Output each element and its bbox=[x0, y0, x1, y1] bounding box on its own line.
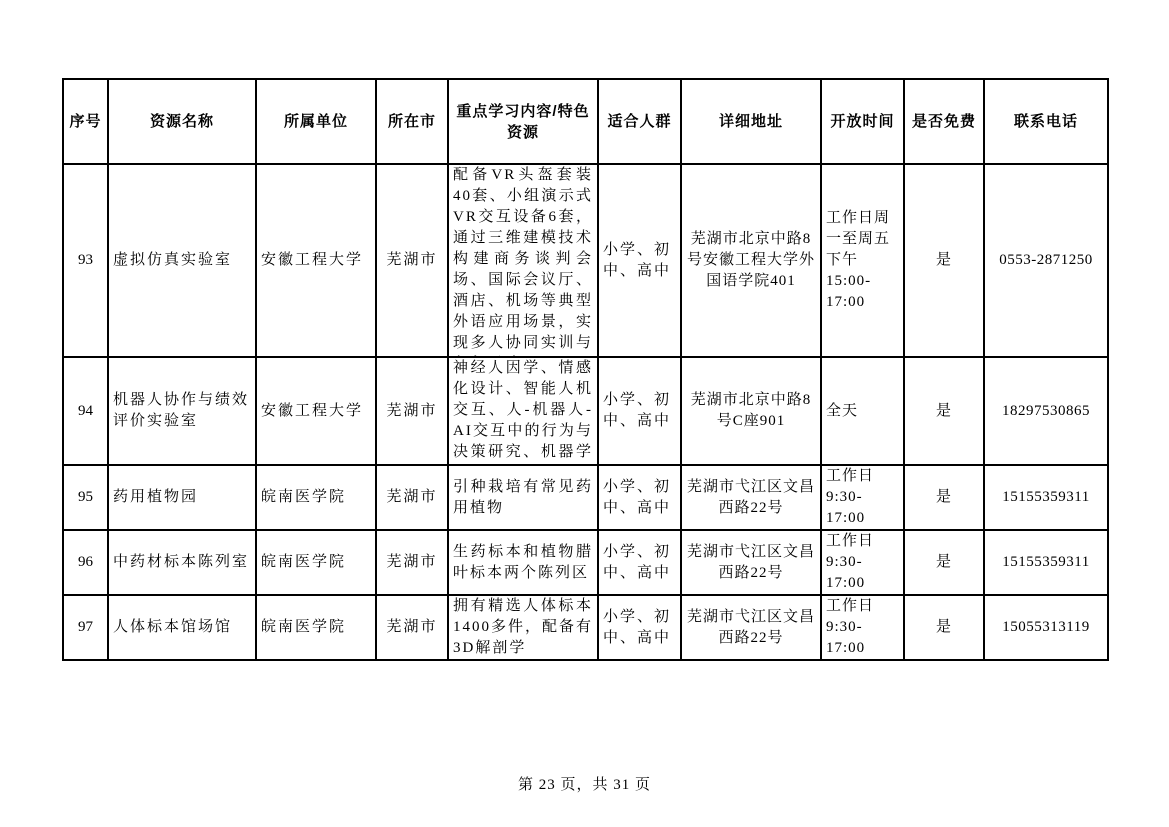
cell-name: 中药材标本陈列室 bbox=[108, 530, 256, 595]
cell-address: 芜湖市弋江区文昌西路22号 bbox=[681, 595, 821, 660]
cell-audience: 小学、初中、高中 bbox=[598, 164, 681, 357]
cell-phone: 15155359311 bbox=[984, 530, 1108, 595]
header-cell-content: 重点学习内容/特色 资源 bbox=[448, 79, 598, 164]
cell-no: 96 bbox=[63, 530, 108, 595]
cell-content-text: 神经人因学、情感化设计、智能人机交互、人-机器人-AI交互中的行为与决策研究、机… bbox=[453, 358, 593, 464]
cell-content: 神经人因学、情感化设计、智能人机交互、人-机器人-AI交互中的行为与决策研究、机… bbox=[448, 357, 598, 465]
header-cell-no: 序号 bbox=[63, 79, 108, 164]
document-page: 序号资源名称所属单位所在市重点学习内容/特色 资源适合人群详细地址开放时间是否免… bbox=[0, 0, 1169, 827]
header-cell-unit: 所属单位 bbox=[256, 79, 376, 164]
cell-unit: 皖南医学院 bbox=[256, 465, 376, 530]
cell-unit: 安徽工程大学 bbox=[256, 357, 376, 465]
cell-city: 芜湖市 bbox=[376, 530, 448, 595]
resources-table: 序号资源名称所属单位所在市重点学习内容/特色 资源适合人群详细地址开放时间是否免… bbox=[62, 78, 1109, 661]
cell-content-text: 配备VR头盔套装40套、小组演示式VR交互设备6套，通过三维建模技术构建商务谈判… bbox=[453, 165, 593, 356]
cell-hours: 工作日 9:30-17:00 bbox=[821, 530, 904, 595]
cell-name: 虚拟仿真实验室 bbox=[108, 164, 256, 357]
table-row: 95药用植物园皖南医学院芜湖市引种栽培有常见药用植物小学、初中、高中芜湖市弋江区… bbox=[63, 465, 1108, 530]
cell-no: 93 bbox=[63, 164, 108, 357]
cell-no: 94 bbox=[63, 357, 108, 465]
cell-audience: 小学、初中、高中 bbox=[598, 595, 681, 660]
header-cell-free: 是否免费 bbox=[904, 79, 984, 164]
cell-unit: 安徽工程大学 bbox=[256, 164, 376, 357]
header-cell-address: 详细地址 bbox=[681, 79, 821, 164]
cell-city: 芜湖市 bbox=[376, 595, 448, 660]
cell-hours: 工作日周一至周五 下午 15:00- 17:00 bbox=[821, 164, 904, 357]
cell-free: 是 bbox=[904, 530, 984, 595]
header-cell-name: 资源名称 bbox=[108, 79, 256, 164]
header-cell-audience: 适合人群 bbox=[598, 79, 681, 164]
table-header-row: 序号资源名称所属单位所在市重点学习内容/特色 资源适合人群详细地址开放时间是否免… bbox=[63, 79, 1108, 164]
cell-phone: 15055313119 bbox=[984, 595, 1108, 660]
cell-city: 芜湖市 bbox=[376, 357, 448, 465]
cell-address: 芜湖市弋江区文昌西路22号 bbox=[681, 465, 821, 530]
cell-free: 是 bbox=[904, 465, 984, 530]
cell-address: 芜湖市北京中路8号安徽工程大学外国语学院401 bbox=[681, 164, 821, 357]
cell-address: 芜湖市北京中路8号C座901 bbox=[681, 357, 821, 465]
cell-unit: 皖南医学院 bbox=[256, 530, 376, 595]
cell-hours: 工作日 9:30-17:00 bbox=[821, 595, 904, 660]
cell-phone: 0553-2871250 bbox=[984, 164, 1108, 357]
cell-city: 芜湖市 bbox=[376, 164, 448, 357]
header-cell-city: 所在市 bbox=[376, 79, 448, 164]
cell-name: 人体标本馆场馆 bbox=[108, 595, 256, 660]
cell-hours: 全天 bbox=[821, 357, 904, 465]
cell-audience: 小学、初中、高中 bbox=[598, 530, 681, 595]
cell-content: 引种栽培有常见药用植物 bbox=[448, 465, 598, 530]
cell-name: 药用植物园 bbox=[108, 465, 256, 530]
table-row: 96中药材标本陈列室皖南医学院芜湖市生药标本和植物腊叶标本两个陈列区小学、初中、… bbox=[63, 530, 1108, 595]
table-row: 93虚拟仿真实验室安徽工程大学芜湖市配备VR头盔套装40套、小组演示式VR交互设… bbox=[63, 164, 1108, 357]
table-row: 97人体标本馆场馆皖南医学院芜湖市拥有精选人体标本1400多件，配备有3D解剖学… bbox=[63, 595, 1108, 660]
cell-no: 97 bbox=[63, 595, 108, 660]
cell-audience: 小学、初中、高中 bbox=[598, 357, 681, 465]
cell-no: 95 bbox=[63, 465, 108, 530]
page-number-footer: 第 23 页，共 31 页 bbox=[0, 773, 1169, 794]
cell-content: 配备VR头盔套装40套、小组演示式VR交互设备6套，通过三维建模技术构建商务谈判… bbox=[448, 164, 598, 357]
cell-unit: 皖南医学院 bbox=[256, 595, 376, 660]
cell-city: 芜湖市 bbox=[376, 465, 448, 530]
cell-content: 拥有精选人体标本1400多件，配备有3D解剖学 bbox=[448, 595, 598, 660]
cell-phone: 15155359311 bbox=[984, 465, 1108, 530]
cell-free: 是 bbox=[904, 357, 984, 465]
cell-name: 机器人协作与绩效评价实验室 bbox=[108, 357, 256, 465]
cell-hours: 工作日 9:30-17:00 bbox=[821, 465, 904, 530]
cell-audience: 小学、初中、高中 bbox=[598, 465, 681, 530]
cell-free: 是 bbox=[904, 595, 984, 660]
table-row: 94机器人协作与绩效评价实验室安徽工程大学芜湖市神经人因学、情感化设计、智能人机… bbox=[63, 357, 1108, 465]
header-cell-phone: 联系电话 bbox=[984, 79, 1108, 164]
cell-phone: 18297530865 bbox=[984, 357, 1108, 465]
cell-address: 芜湖市弋江区文昌西路22号 bbox=[681, 530, 821, 595]
cell-free: 是 bbox=[904, 164, 984, 357]
header-cell-hours: 开放时间 bbox=[821, 79, 904, 164]
cell-content: 生药标本和植物腊叶标本两个陈列区 bbox=[448, 530, 598, 595]
